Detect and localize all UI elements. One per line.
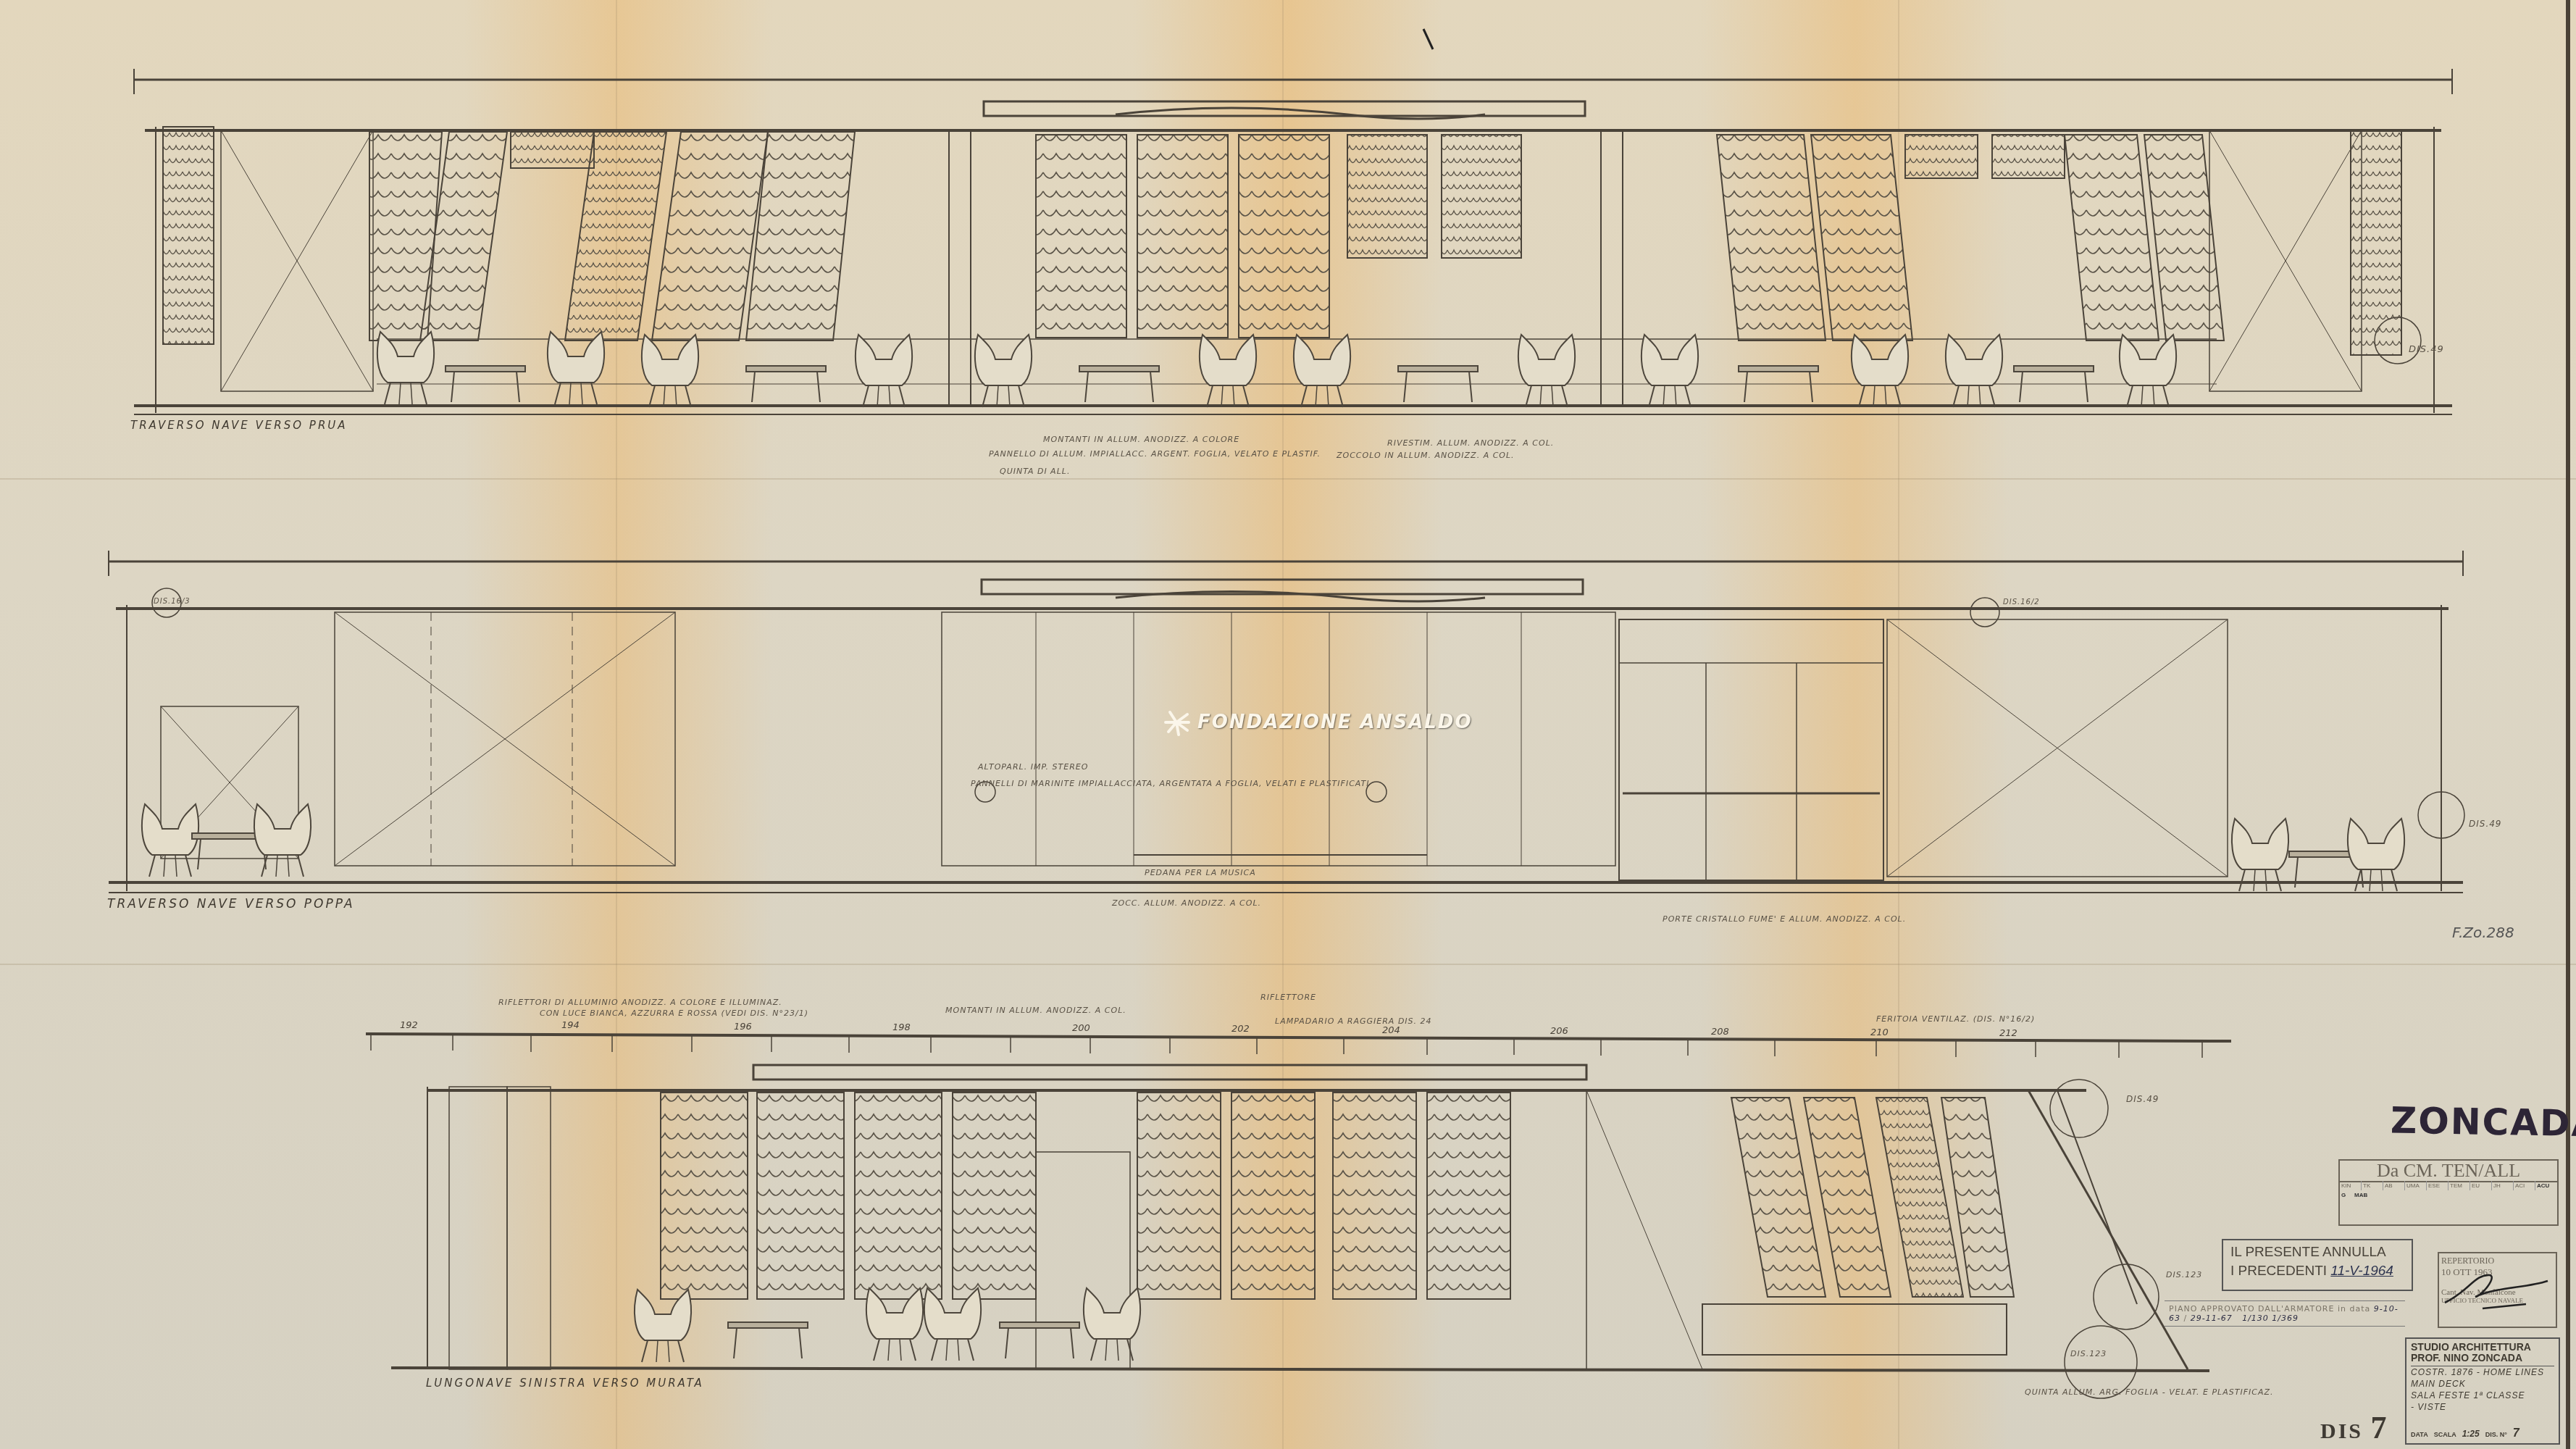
view-title-poppa: TRAVERSO NAVE VERSO POPPA — [107, 897, 355, 911]
approval-stamp: PIANO APPROVATO DALL'ARMATORE in data 9-… — [2165, 1300, 2405, 1327]
distribution-text: Da CM. TEN/ALL — [2377, 1160, 2520, 1181]
distribution-stamp: Da CM. TEN/ALL — [2338, 1159, 2559, 1182]
dist-col: KIN — [2340, 1181, 2362, 1190]
dist-col: G — [2340, 1190, 2353, 1200]
detail-ref: DIS.49 — [2469, 819, 2501, 829]
repertorio-label: REPERTORIO — [2441, 1256, 2554, 1266]
frame-tick: 198 — [892, 1022, 911, 1033]
annotation: PANNELLI DI MARINITE IMPIALLACCIATA, ARG… — [971, 779, 1370, 788]
detail-ref: DIS.123 — [2166, 1270, 2202, 1279]
repertorio-stamp: REPERTORIO 10 OTT 1963 Cant. Nav. Monfal… — [2438, 1252, 2557, 1328]
detail-ref: DIS.123 — [2070, 1349, 2107, 1358]
dist-col: EU — [2470, 1181, 2492, 1190]
dist-col: ACI — [2514, 1181, 2535, 1190]
architect-stamp: ZONCADA — [2391, 1099, 2576, 1145]
studio-name: STUDIO ARCHITETTURA — [2411, 1342, 2554, 1353]
dist-col: TK — [2362, 1181, 2383, 1190]
approval-ref: 1/369 — [2272, 1314, 2299, 1323]
room-line: SALA FESTE 1ª CLASSE — [2411, 1390, 2554, 1401]
annotation: ZOCCOLO IN ALLUM. ANODIZZ. A COL. — [1337, 451, 1515, 460]
architect-name: PROF. NINO ZONCADA — [2411, 1353, 2554, 1364]
annotation: RIVESTIM. ALLUM. ANODIZZ. A COL. — [1387, 438, 1554, 448]
annotation: QUINTA DI ALL. — [1000, 467, 1070, 476]
frame-tick: 202 — [1231, 1024, 1250, 1035]
sheet-digit: 7 — [2371, 1410, 2389, 1445]
watermark: FONDAZIONE ANSALDO — [1163, 709, 1473, 736]
distribution-grid: KIN TK AB UMA ESE TEM EU JH ACI ACU G MA… — [2338, 1181, 2559, 1226]
scale-value: 1:25 — [2462, 1429, 2480, 1439]
annotation: FERITOIA VENTILAZ. (DIS. N°16/2) — [1876, 1014, 2035, 1024]
frame-tick: 196 — [734, 1022, 752, 1032]
annotation: ALTOPARL. IMP. STEREO — [978, 762, 1088, 772]
approval-date: 29-11-67 — [2191, 1314, 2233, 1323]
frame-tick: 212 — [1999, 1028, 2017, 1039]
dist-col: JH — [2492, 1181, 2514, 1190]
dis-number: 7 — [2513, 1427, 2519, 1440]
sheet-prefix: DIS — [2320, 1419, 2363, 1443]
frame-tick: 200 — [1072, 1023, 1090, 1034]
project-line: COSTR. 1876 - HOME LINES — [2411, 1366, 2554, 1378]
date-label: DATA — [2411, 1431, 2428, 1438]
annotation: QUINTA ALLUM. ARG. FOGLIA - VELAT. E PLA… — [2025, 1387, 2274, 1397]
annotation: LAMPADARIO A RAGGIERA DIS. 24 — [1275, 1016, 1432, 1026]
annul-date: 11-V-19 — [2330, 1264, 2378, 1279]
annotation: ZOCC. ALLUM. ANODIZZ. A COL. — [1112, 898, 1261, 908]
annul-year: 64 — [2378, 1264, 2393, 1279]
detail-ref: DIS.16/3 — [154, 598, 191, 606]
archive-code: F.Zo.288 — [2452, 924, 2514, 941]
approval-text: PIANO APPROVATO DALL'ARMATORE in data — [2169, 1304, 2370, 1314]
annotation: MONTANTI IN ALLUM. ANODIZZ. A COL. — [945, 1006, 1126, 1015]
sunburst-logo-icon — [1163, 709, 1190, 736]
dist-col: UMA — [2405, 1181, 2427, 1190]
frame-tick: 194 — [561, 1020, 580, 1031]
annotation: CON LUCE BIANCA, AZZURRA E ROSSA (VEDI D… — [540, 1009, 808, 1018]
dist-col: MAB — [2353, 1190, 2372, 1200]
frame-tick: 192 — [400, 1020, 418, 1031]
title-block: STUDIO ARCHITETTURA PROF. NINO ZONCADA C… — [2405, 1337, 2560, 1445]
view-title-lungonave: LUNGONAVE SINISTRA VERSO MURATA — [426, 1377, 704, 1390]
annul-stamp: IL PRESENTE ANNULLA I PRECEDENTI 11-V-19… — [2222, 1239, 2413, 1291]
annotation: PORTE CRISTALLO FUME' E ALLUM. ANODIZZ. … — [1663, 914, 1906, 924]
sheet-number: DIS 7 — [2320, 1409, 2389, 1446]
dist-col: AB — [2383, 1181, 2405, 1190]
dist-col: ACU — [2535, 1181, 2554, 1190]
annul-line2: I PRECEDENTI — [2230, 1264, 2327, 1279]
deck-line: MAIN DECK — [2411, 1378, 2554, 1390]
approval-ref: 1/130 — [2242, 1314, 2269, 1323]
views-line: - VISTE — [2411, 1401, 2554, 1413]
annotation: RIFLETTORE — [1260, 993, 1316, 1002]
dist-col: ESE — [2427, 1181, 2449, 1190]
detail-ref: DIS.49 — [2409, 344, 2444, 355]
dist-col: TEM — [2449, 1181, 2470, 1190]
frame-tick: 210 — [1870, 1027, 1889, 1038]
annul-line1: IL PRESENTE ANNULLA — [2230, 1243, 2404, 1262]
dis-label: DIS. N° — [2485, 1431, 2507, 1438]
annotation: PEDANA PER LA MUSICA — [1145, 868, 1256, 877]
annotation: PANNELLO DI ALLUM. IMPIALLACC. ARGENT. F… — [989, 449, 1321, 459]
scale-label: SCALA — [2434, 1431, 2456, 1438]
frame-tick: 208 — [1711, 1027, 1729, 1037]
signature-icon — [2439, 1266, 2551, 1310]
detail-ref: DIS.16/2 — [2003, 598, 2040, 606]
annotation: MONTANTI IN ALLUM. ANODIZZ. A COLORE — [1043, 435, 1239, 444]
frame-tick: 206 — [1550, 1026, 1568, 1037]
annotation: RIFLETTORI DI ALLUMINIO ANODIZZ. A COLOR… — [498, 998, 782, 1007]
view-title-prua: TRAVERSO NAVE VERSO PRUA — [130, 419, 348, 432]
watermark-text: FONDAZIONE ANSALDO — [1197, 711, 1473, 733]
detail-ref: DIS.49 — [2126, 1094, 2159, 1104]
frame-tick: 204 — [1382, 1025, 1400, 1036]
